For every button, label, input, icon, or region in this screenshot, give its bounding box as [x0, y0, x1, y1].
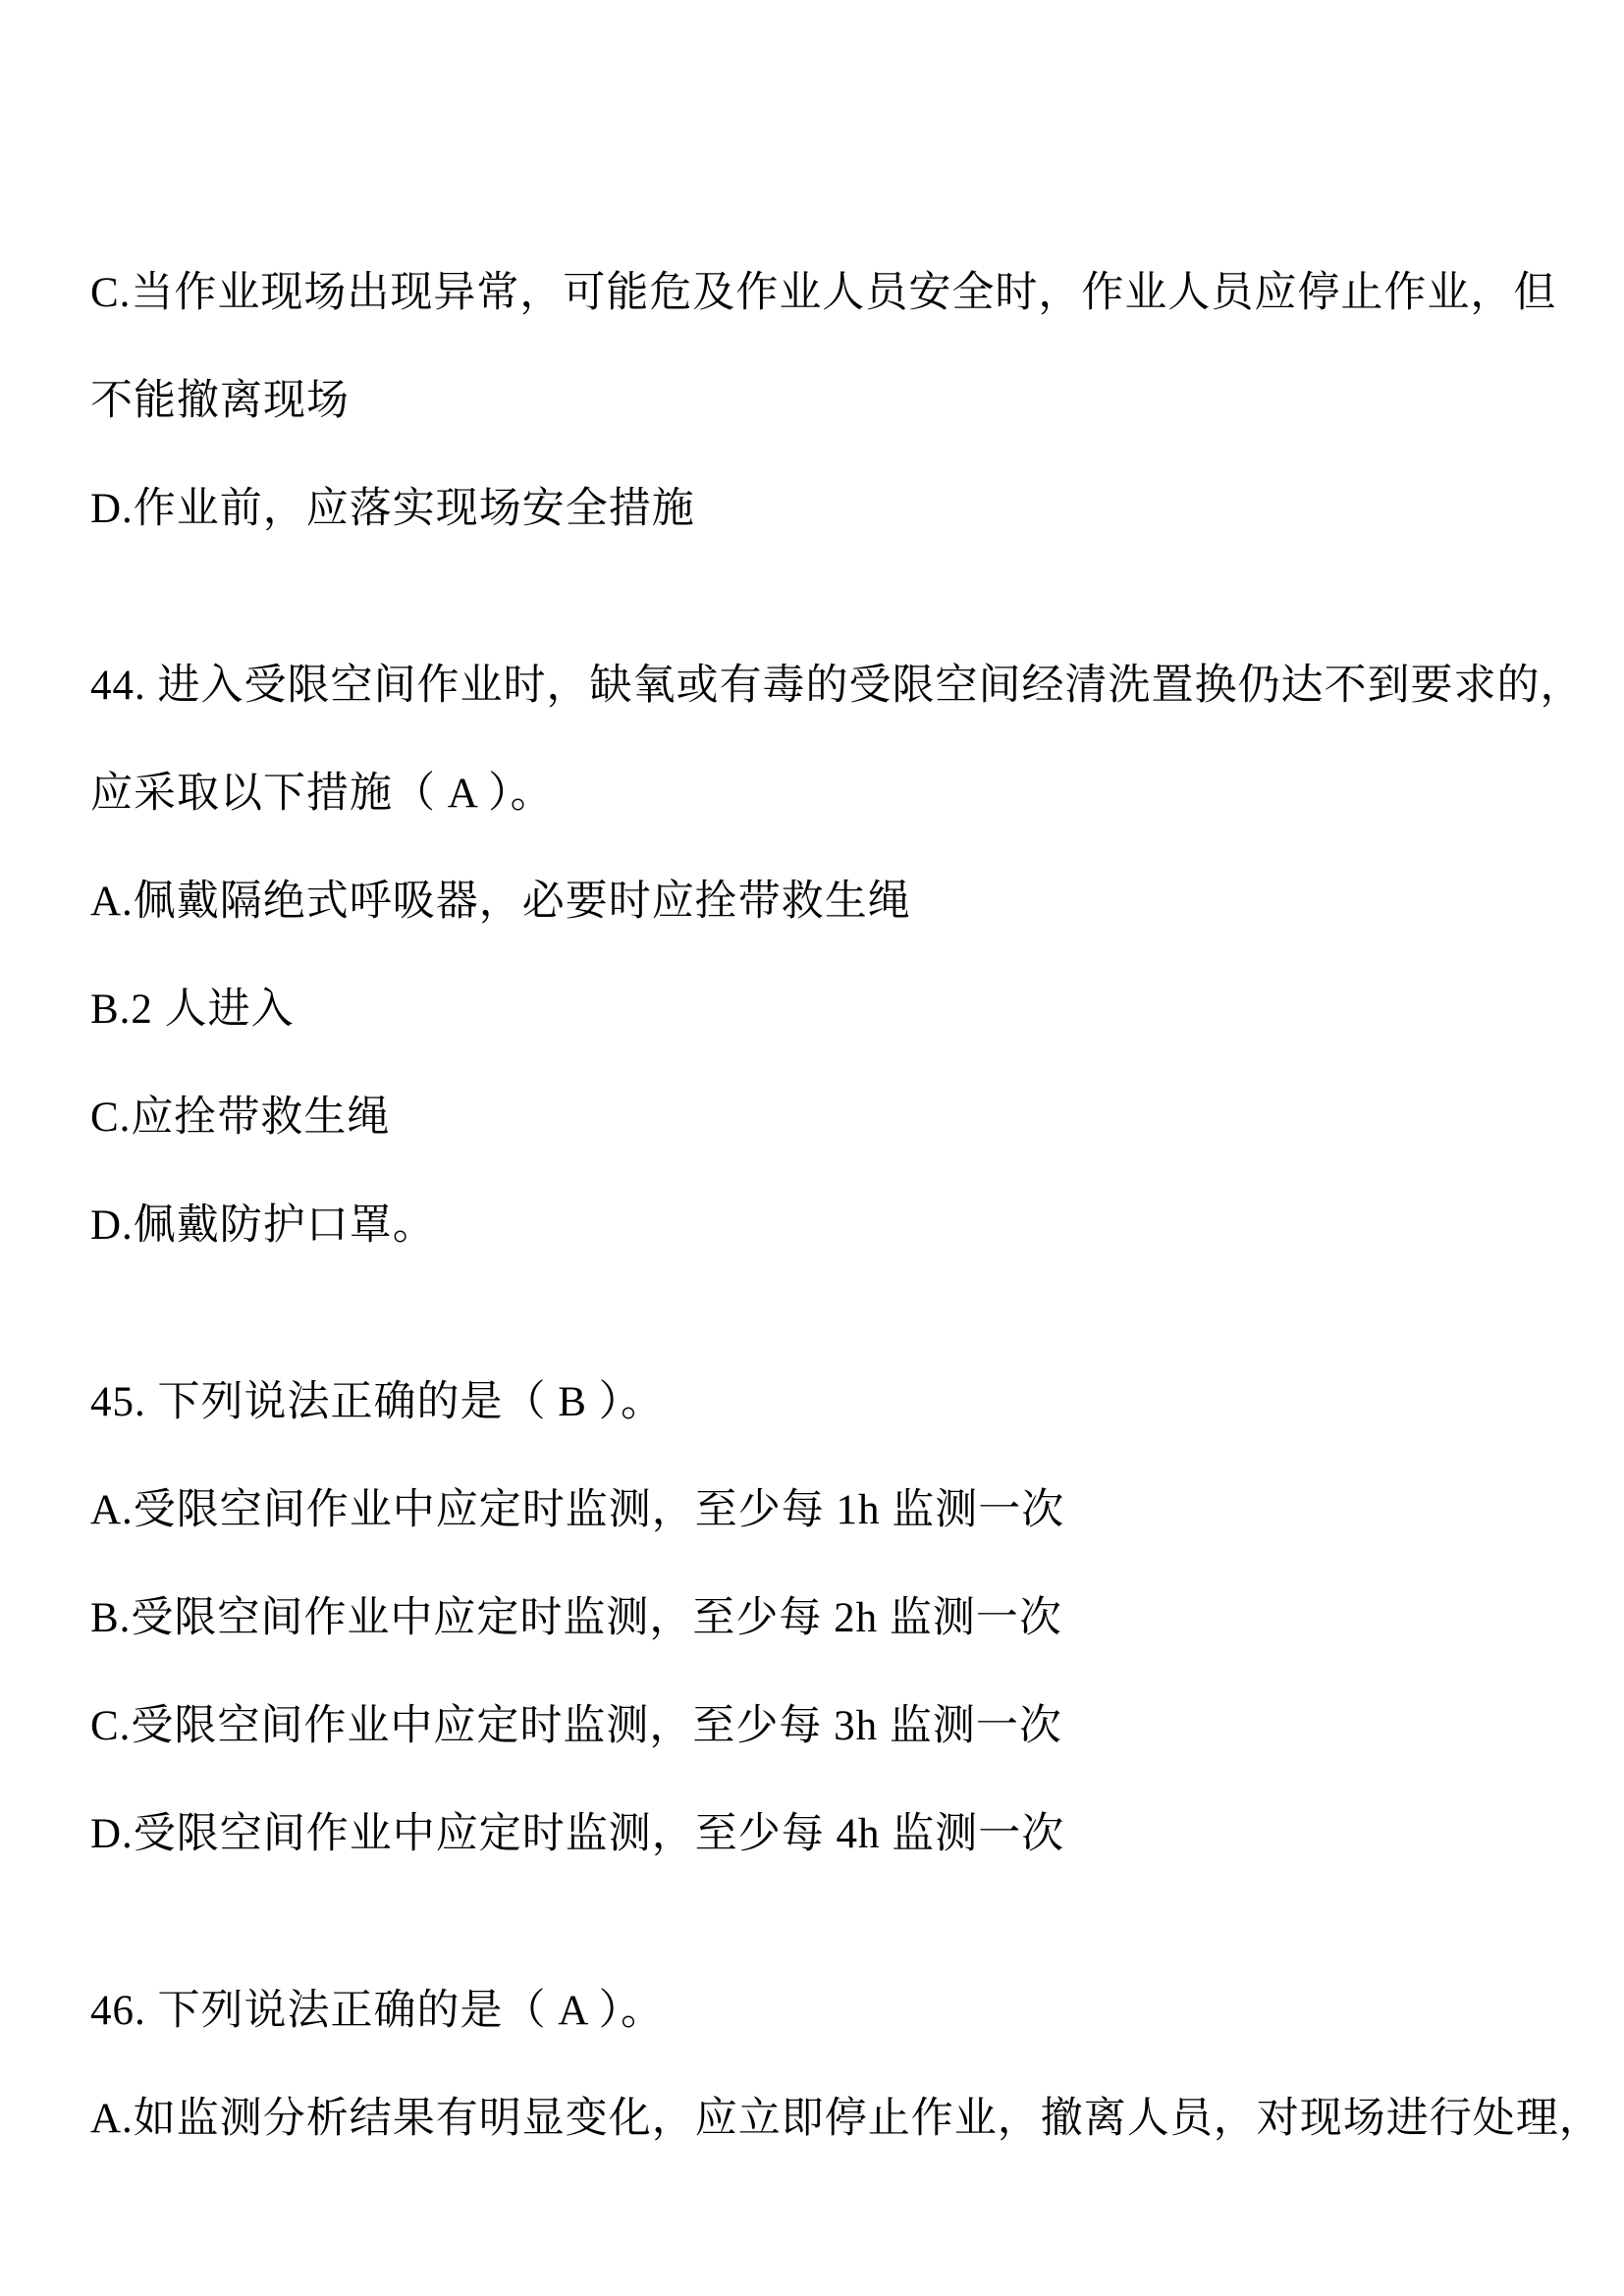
question-43-option-d: D.作业前，应落实现场安全措施: [90, 455, 1545, 563]
question-45-option-c: C.受限空间作业中应定时监测，至少每 3h 监测一次: [90, 1673, 1545, 1781]
question-45-option-b: B.受限空间作业中应定时监测，至少每 2h 监测一次: [90, 1565, 1545, 1673]
question-44-option-d: D.佩戴防护口罩。: [90, 1172, 1545, 1280]
question-46-option-a-line-1: A.如监测分析结果有明显变化，应立即停止作业，撤离人员，对现场进行处理，: [90, 2065, 1545, 2173]
question-44-option-b: B.2 人进入: [90, 956, 1545, 1064]
question-44-stem-line-2: 应采取以下措施（ A ）。: [90, 740, 1545, 848]
question-44-option-a: A.佩戴隔绝式呼吸器，必要时应拴带救生绳: [90, 848, 1545, 956]
question-45-option-d: D.受限空间作业中应定时监测，至少每 4h 监测一次: [90, 1781, 1545, 1889]
question-44-stem-line-1: 44. 进入受限空间作业时，缺氧或有毒的受限空间经清洗置换仍达不到要求的，: [90, 632, 1545, 740]
question-45-option-a: A.受限空间作业中应定时监测，至少每 1h 监测一次: [90, 1457, 1545, 1565]
question-43-option-c-line-2: 不能撤离现场: [90, 347, 1545, 455]
question-44-option-c: C.应拴带救生绳: [90, 1064, 1545, 1172]
question-43-option-c-line-1: C.当作业现场出现异常，可能危及作业人员安全时，作业人员应停止作业，但: [90, 240, 1545, 347]
document-page: C.当作业现场出现异常，可能危及作业人员安全时，作业人员应停止作业，但 不能撤离…: [0, 0, 1624, 2296]
question-46-stem: 46. 下列说法正确的是（ A ）。: [90, 1957, 1545, 2065]
question-45-stem: 45. 下列说法正确的是（ B ）。: [90, 1349, 1545, 1457]
